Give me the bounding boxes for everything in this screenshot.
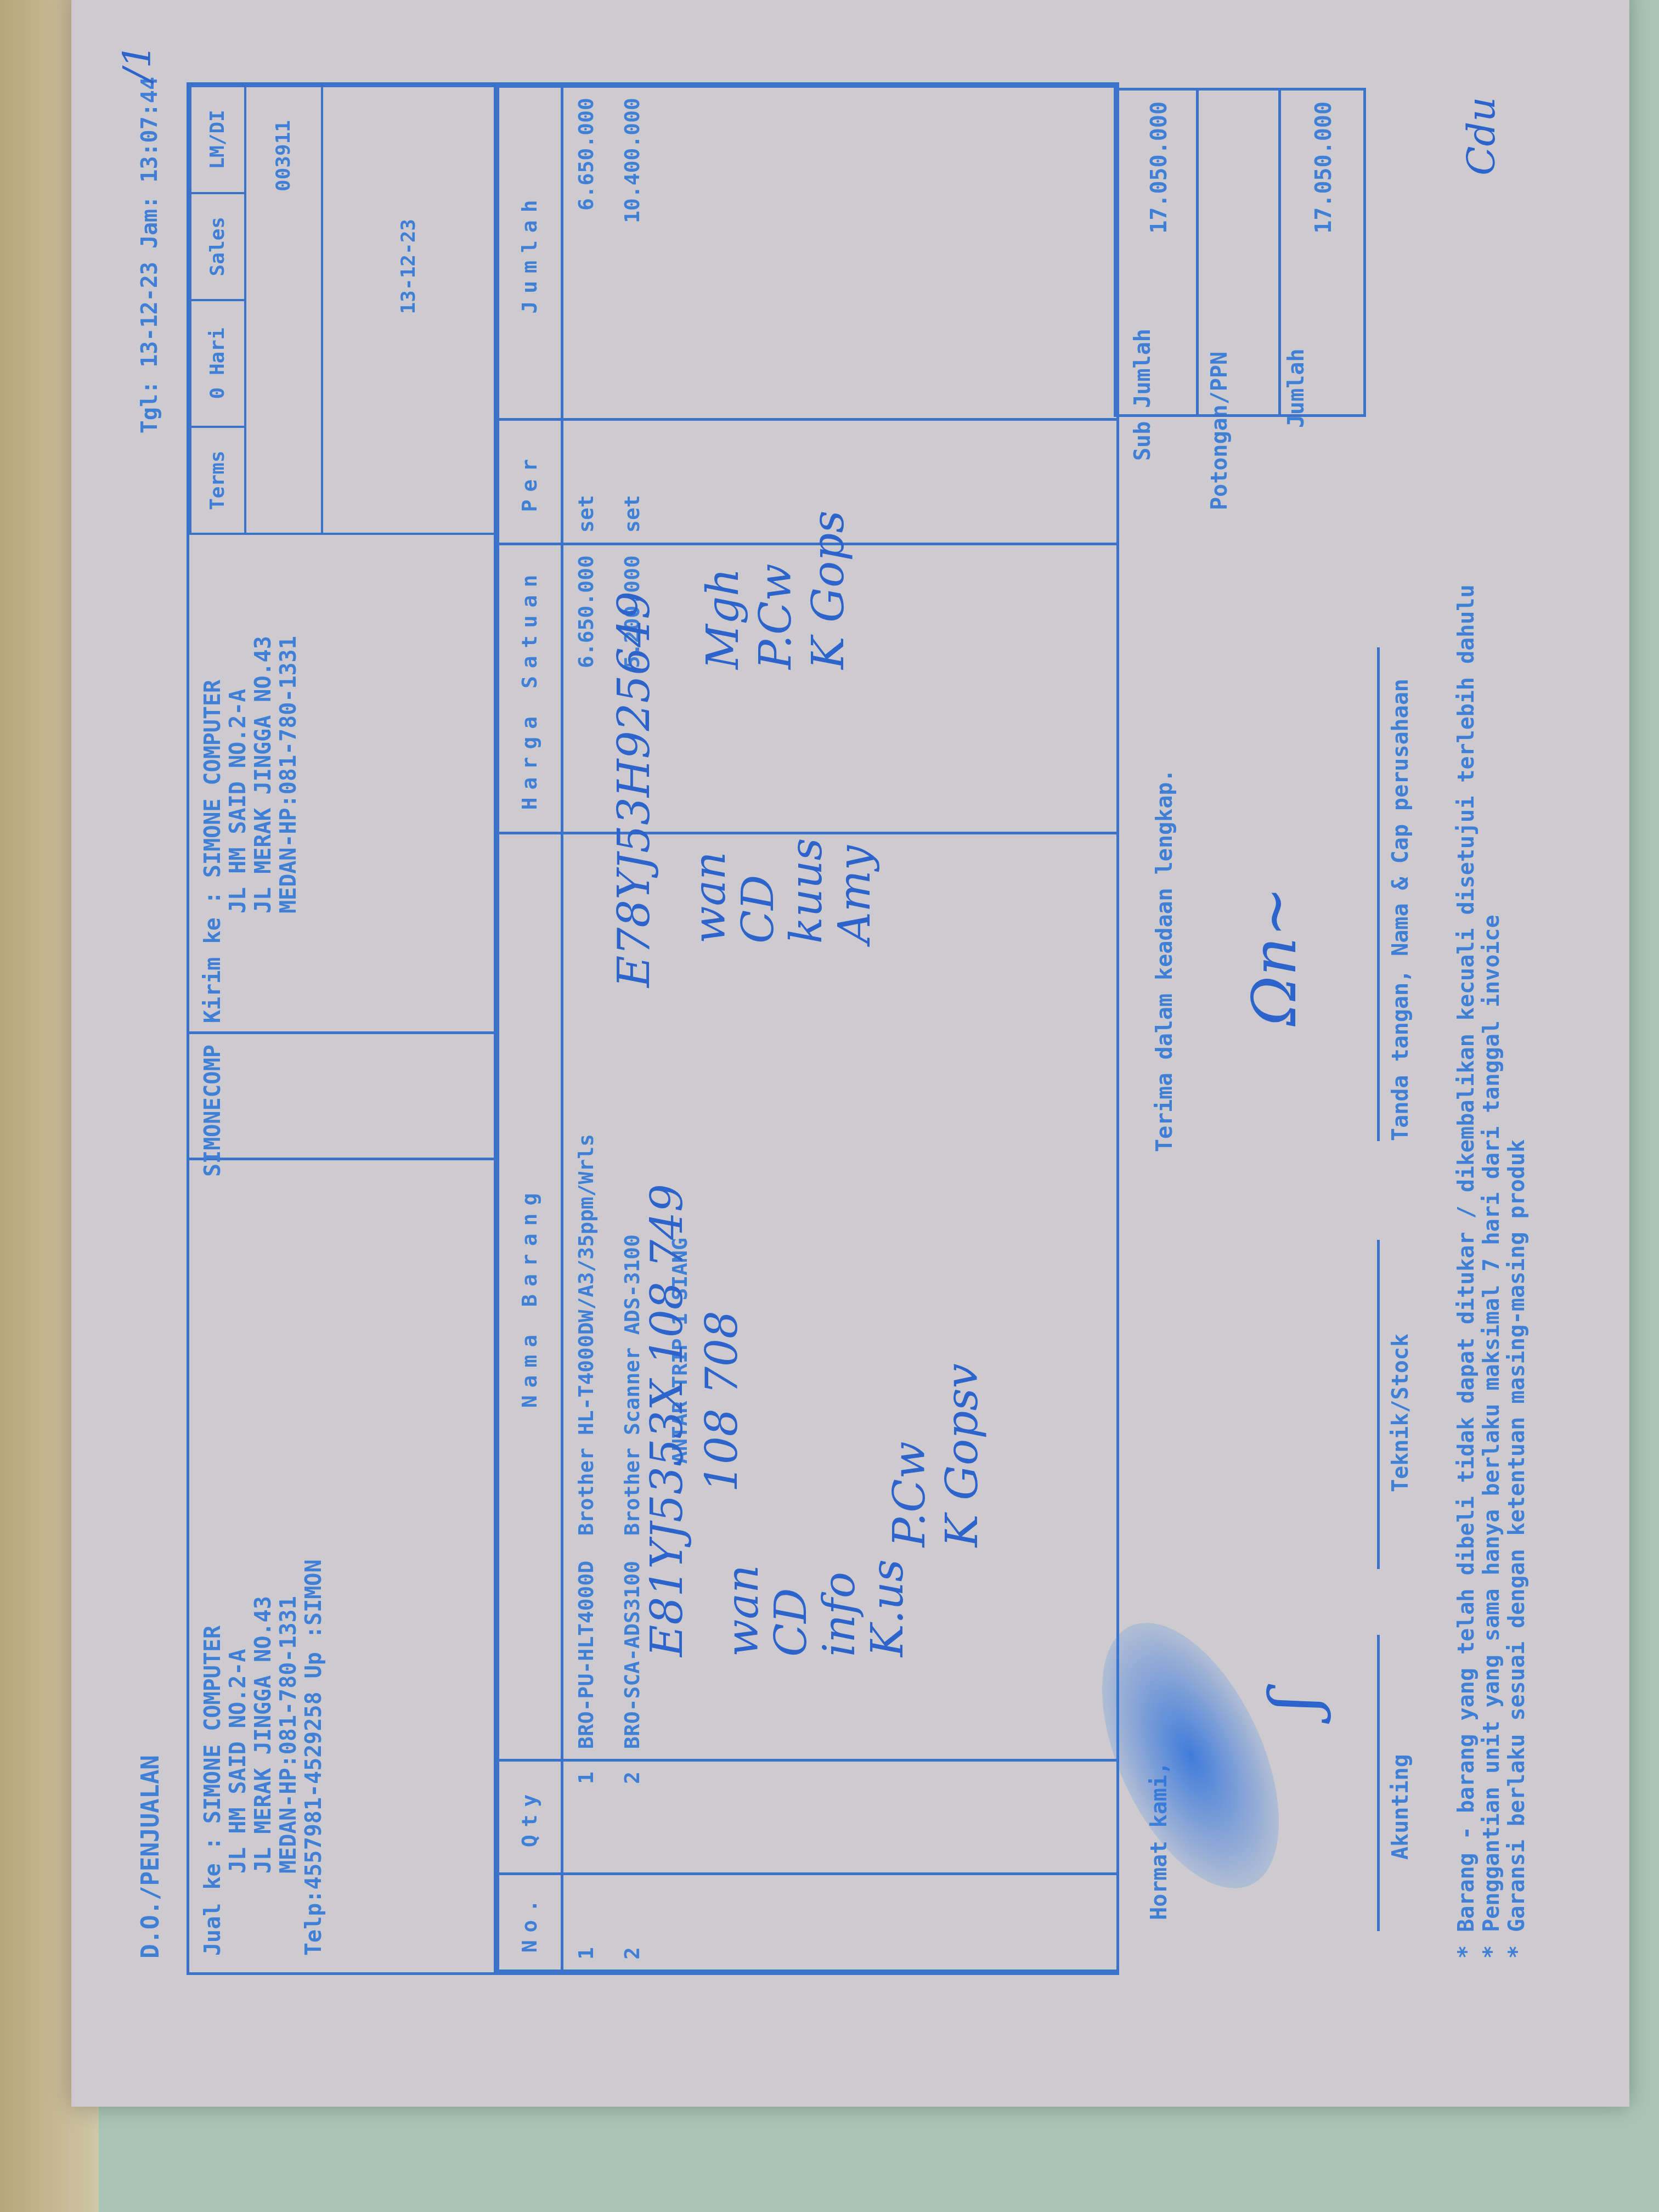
ship-to-section: Kirim ke : SIMONE COMPUTER JL HM SAID NO… xyxy=(189,513,496,1040)
item-name: Brother HL-T4000DW/A3/35ppm/Wrls xyxy=(574,1134,598,1536)
discount-value xyxy=(1199,91,1281,414)
handwritten-note: P.Cw xyxy=(749,510,802,669)
row-no: 2 xyxy=(610,1874,1116,1971)
meta-header-sales: Sales xyxy=(190,193,245,300)
handwritten-note: K.us xyxy=(864,1559,912,1657)
teknik-label: Teknik/Stock xyxy=(1388,1334,1413,1492)
document-title: D.O./PENJUALAN xyxy=(137,1755,165,1959)
col-unit-price: Harga Satuan xyxy=(498,544,562,833)
col-per: Per xyxy=(498,420,562,544)
ship-to-name: SIMONE COMPUTER xyxy=(200,680,225,878)
col-total: Jumlah xyxy=(498,87,562,420)
sold-to-name: SIMONE COMPUTER xyxy=(200,1626,225,1824)
invoice-date: 13-12-23 xyxy=(322,86,495,534)
terms-note: * Barang - barang yang telah dibeli tida… xyxy=(1454,584,1479,1959)
sold-to-phone: Telp:4557981-4529258 Up :SIMON xyxy=(301,1177,326,1956)
delivery-order-document: D.O./PENJUALAN Tgl: 13-12-23 Jam: 13:07:… xyxy=(115,11,1542,2041)
table-row: 2 2 BRO-SCA-ADS3100 Brother Scanner ADS-… xyxy=(610,87,1116,1971)
handwritten-note: Mgh xyxy=(697,510,749,669)
order-meta: Terms 0 Hari Sales LM/DI 003911 13-12-23 xyxy=(189,85,496,535)
meta-header-days: 0 Hari xyxy=(190,300,245,427)
akunting-label: Akunting xyxy=(1388,1754,1413,1860)
handwritten-notes-mid: P.Cw K Gopsv xyxy=(883,1363,989,1547)
ship-to-label: Kirim ke : xyxy=(200,891,225,1023)
handwritten-note: wan xyxy=(719,1559,767,1657)
handwritten-note: P.Cw xyxy=(883,1363,936,1547)
items-table: No. Qty Nama Barang Harga Satuan Per Jum… xyxy=(494,82,1119,1975)
row-qty: 1 xyxy=(562,1760,610,1874)
document-date-time: Tgl: 13-12-23 Jam: 13:07:44 xyxy=(137,77,162,433)
paper-sheet: D.O./PENJUALAN Tgl: 13-12-23 Jam: 13:07:… xyxy=(71,0,1629,2107)
table-row: 1 1 BRO-PU-HLT4000D Brother HL-T4000DW/A… xyxy=(562,87,610,1971)
meta-header-code: LM/DI xyxy=(190,86,245,193)
terms-notes: * Barang - barang yang telah dibeli tida… xyxy=(1454,584,1530,1959)
terms-note: * Penggantian unit yang sama hanya berla… xyxy=(1479,584,1504,1959)
ship-to-line: JL HM SAID NO.2-A xyxy=(225,529,251,1023)
invoice-number: 003911 xyxy=(245,86,322,534)
signature-line-teknik xyxy=(1377,1240,1380,1569)
row-total: 6.650.000 xyxy=(562,87,610,420)
meta-header-terms: Terms xyxy=(190,427,245,534)
address-header: Jual ke : SIMONE COMPUTER JL HM SAID NO.… xyxy=(187,82,499,1975)
row-total: 10.400.000 xyxy=(610,87,1116,420)
col-qty: Qty xyxy=(498,1760,562,1874)
handwritten-notes-left: wan CD info K.us xyxy=(719,1559,912,1657)
col-no: No. xyxy=(498,1874,562,1971)
handwritten-note: CD xyxy=(767,1559,815,1657)
handwritten-note: kuus xyxy=(782,838,831,944)
handwritten-notes-right: Mgh P.Cw K Gops xyxy=(697,510,855,669)
row-per: set xyxy=(562,420,610,544)
handwritten-initial: Cdu xyxy=(1459,97,1504,176)
ship-to-line: MEDAN-HP:081-780-1331 xyxy=(276,529,301,1023)
row-item: BRO-PU-HLT4000D Brother HL-T4000DW/A3/35… xyxy=(562,833,610,1760)
col-item-name: Nama Barang xyxy=(498,833,562,1760)
handwritten-note: wan xyxy=(686,838,734,944)
subtotal-value: 17.050.000 xyxy=(1116,91,1199,414)
terms-note: * Garansi berlaku sesuai dengan ketentua… xyxy=(1504,584,1530,1959)
item-name: Brother Scanner ADS-3100 xyxy=(620,1234,644,1536)
handwritten-serial: 108 708 xyxy=(697,1311,747,1492)
received-label: Terima dalam keadaan lengkap. xyxy=(1152,769,1177,1152)
company-code: SIMONECOMP xyxy=(200,1051,225,1177)
ship-to-line: JL MERAK JINGGA NO.43 xyxy=(251,529,276,1023)
signature-line-receiver xyxy=(1377,647,1380,1141)
signature-receiver: Ωn~ xyxy=(1240,887,1310,1026)
item-code: BRO-SCA-ADS3100 xyxy=(620,1561,644,1749)
handwritten-note: Amy xyxy=(831,838,879,944)
sold-to-label: Jual ke : xyxy=(200,1837,225,1956)
signature-akunting: ʃ xyxy=(1256,1694,1332,1712)
totals-box: 17.050.000 17.050.000 xyxy=(1114,88,1366,417)
handwritten-notes-right-col: wan CD kuus Amy xyxy=(686,838,879,944)
signature-line-akunting xyxy=(1377,1635,1380,1931)
row-price: 6.650.000 xyxy=(562,544,610,833)
row-price: 5.200.000 xyxy=(610,544,1116,833)
handwritten-note: K Gops xyxy=(802,510,855,669)
sold-to-line: JL MERAK JINGGA NO.43 xyxy=(251,1177,276,1956)
row-per: set xyxy=(610,420,1116,544)
handwritten-note: K Gopsv xyxy=(936,1363,989,1547)
sold-to-line: JL HM SAID NO.2-A xyxy=(225,1177,251,1956)
stamp-label: Tanda tangan, Nama & Cap perusahaan xyxy=(1388,679,1413,1141)
item-code: BRO-PU-HLT4000D xyxy=(574,1561,598,1749)
sold-to-section: Jual ke : SIMONE COMPUTER JL HM SAID NO.… xyxy=(189,1158,496,1972)
sold-to-line: MEDAN-HP:081-780-1331 xyxy=(276,1177,301,1956)
row-qty: 2 xyxy=(610,1760,1116,1874)
handwritten-serial: E81YJ5353X 108 749 xyxy=(642,1184,692,1657)
handwritten-mark: /1 xyxy=(115,44,160,81)
handwritten-note: CD xyxy=(734,838,782,944)
row-no: 1 xyxy=(562,1874,610,1971)
handwritten-serial: E78YJ53H925649 xyxy=(609,591,659,988)
total-value: 17.050.000 xyxy=(1281,91,1363,414)
handwritten-note: info xyxy=(815,1559,864,1657)
